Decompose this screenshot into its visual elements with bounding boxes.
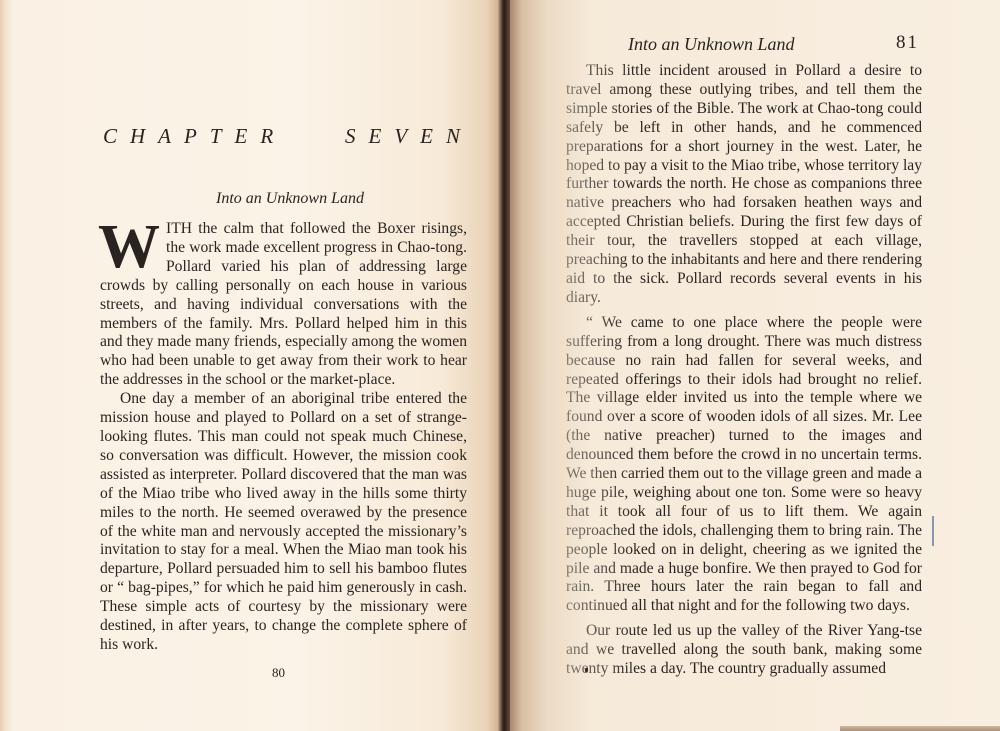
page-bottom-edge [840,726,1000,731]
right-page-body: This little incident aroused in Pollard … [566,62,922,679]
paragraph: “ We came to one place where the people … [566,314,922,617]
page-number-left: 80 [272,665,285,681]
paragraph: Our route led us up the valley of the Ri… [566,622,922,679]
pen-mark [932,516,934,546]
chapter-heading: CHAPTER SEVEN [103,124,473,149]
paragraph: One day a member of an aboriginal tribe … [100,390,467,655]
chapter-heading-number: SEVEN [345,124,473,149]
book-spread: CHAPTER SEVEN Into an Unknown Land WITH … [0,0,1000,731]
paragraph: This little incident aroused in Pollard … [566,62,922,308]
book-gutter [498,0,510,731]
chapter-heading-word: CHAPTER [103,124,286,149]
drop-cap: W [98,222,160,272]
paragraph: WITH the calm that followed the Boxer ri… [100,220,467,390]
ink-speck [585,668,588,672]
page-number-right: 81 [896,32,919,54]
chapter-title: Into an Unknown Land [90,190,490,208]
left-page-body: WITH the calm that followed the Boxer ri… [100,220,467,655]
running-head: Into an Unknown Land [628,34,795,55]
